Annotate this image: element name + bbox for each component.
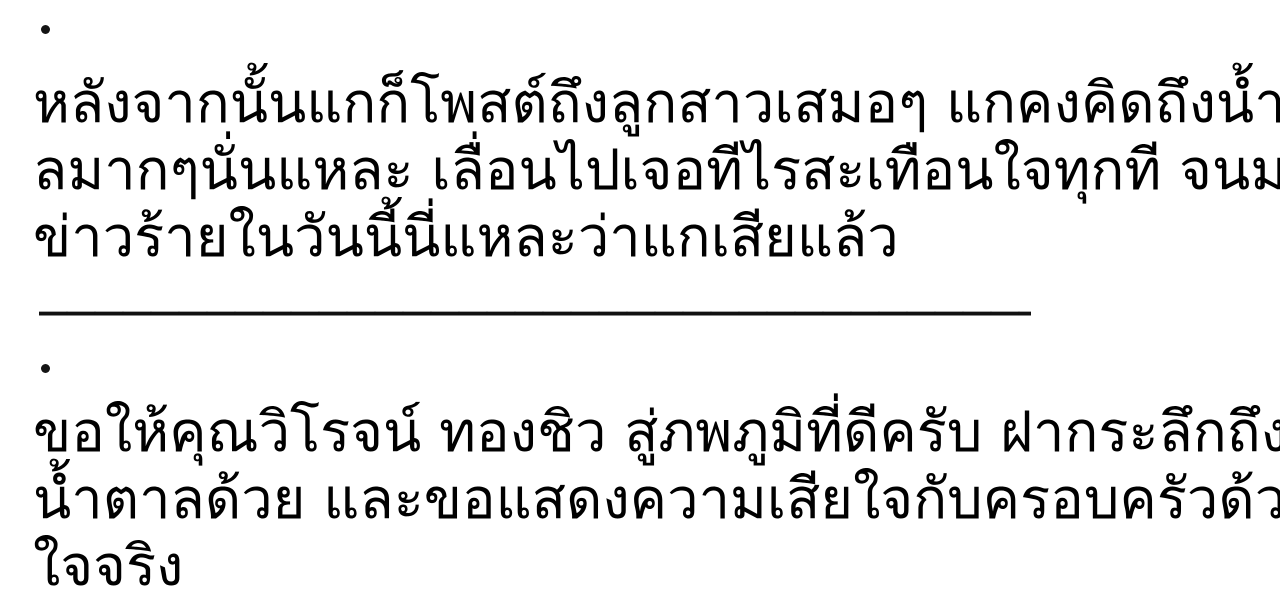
paragraph-2-line-2: น้ำตาลด้วย และขอแสดงความเสียใจกับครอบครั… <box>33 466 1280 533</box>
paragraph-1-line-1: หลังจากนั้นแกก็โพสต์ถึงลูกสาวเสมอๆ แกคงค… <box>33 70 1280 137</box>
post-paragraph-2: ขอให้คุณวิโรจน์ ทองชิว สู่ภพภูมิที่ดีครั… <box>33 399 1280 600</box>
post-paragraph-1: หลังจากนั้นแกก็โพสต์ถึงลูกสาวเสมอๆ แกคงค… <box>33 70 1280 271</box>
paragraph-2-line-3: ใจจริง <box>33 533 1280 600</box>
underscore-divider-line: ________________________________________ <box>39 250 1031 317</box>
post-text-page: หลังจากนั้นแกก็โพสต์ถึงลูกสาวเสมอๆ แกคงค… <box>0 0 1280 615</box>
paragraph-marker-dot-icon <box>41 364 50 373</box>
paragraph-marker-dot-icon <box>41 25 50 34</box>
paragraph-1-line-2: ลมากๆนั่นแหละ เลื่อนไปเจอทีไรสะเทือนใจทุ… <box>33 137 1280 204</box>
paragraph-2-line-1: ขอให้คุณวิโรจน์ ทองชิว สู่ภพภูมิที่ดีครั… <box>33 399 1280 466</box>
